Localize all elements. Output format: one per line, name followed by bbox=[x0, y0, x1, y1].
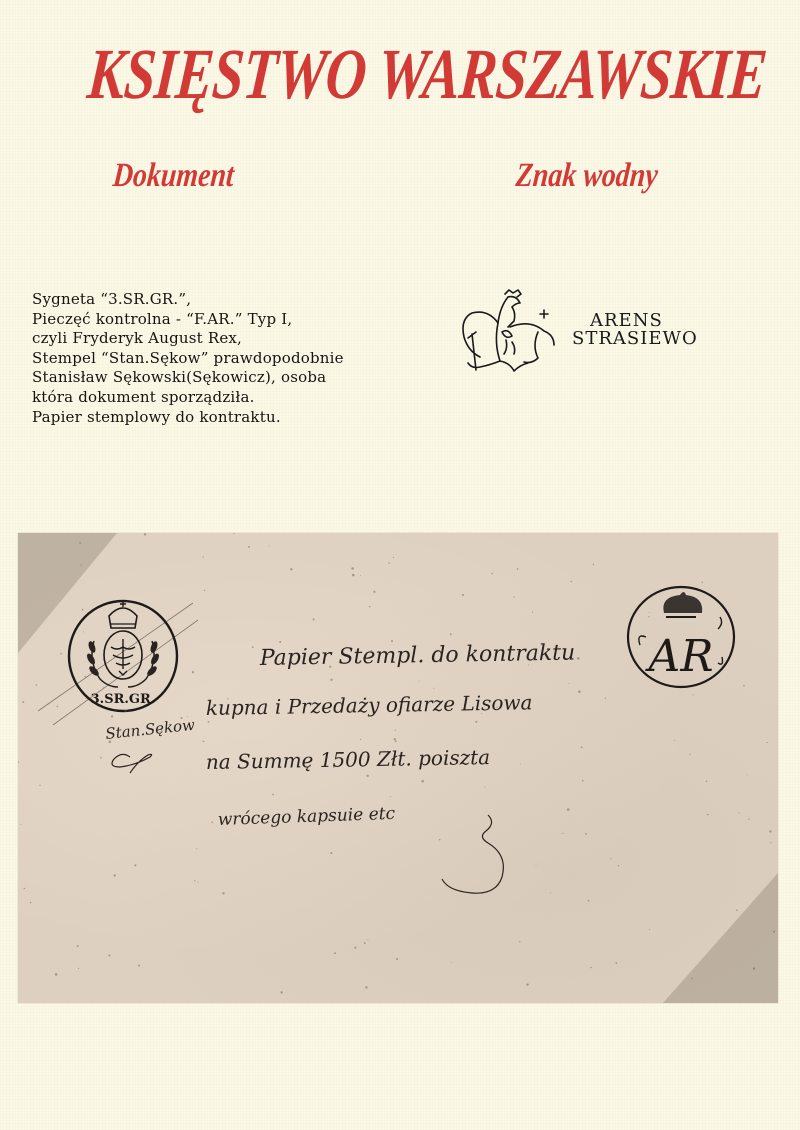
svg-text:Papier Stempl. do kontraktu: Papier Stempl. do kontraktu bbox=[259, 640, 576, 671]
page-title: KSIĘSTWO WARSZAWSKIE bbox=[85, 38, 715, 110]
eagle-icon bbox=[450, 282, 570, 392]
document-image: 3.SR.GR. Stan.Sękow AR Papier Stempl. do… bbox=[18, 533, 778, 1003]
description-text: Sygneta “3.SR.GR.”, Pieczęć kontrolna - … bbox=[32, 290, 344, 427]
description-line: Pieczęć kontrolna - “F.AR.” Typ I, bbox=[32, 310, 344, 330]
svg-text:3.SR.GR.: 3.SR.GR. bbox=[91, 692, 156, 707]
watermark: ARENS STRASIEWO bbox=[450, 282, 750, 392]
description-line: czyli Fryderyk August Rex, bbox=[32, 329, 344, 349]
description-line: Stanisław Sękowski(Sękowicz), osoba bbox=[32, 368, 344, 388]
signature-stamp: Stan.Sękow bbox=[105, 716, 196, 743]
description-line: która dokument sporządziła. bbox=[32, 388, 344, 408]
description-line: Papier stemplowy do kontraktu. bbox=[32, 408, 344, 428]
description-line: Sygneta “3.SR.GR.”, bbox=[32, 290, 344, 310]
watermark-line-2: STRASIEWO bbox=[572, 328, 698, 349]
subtitle-document: Dokument bbox=[111, 156, 235, 196]
crowned-eagle-seal-icon: 3.SR.GR. bbox=[69, 601, 177, 711]
handwritten-text: Papier Stempl. do kontraktu kupna i Prze… bbox=[206, 640, 576, 829]
svg-text:wrócego kapsuie etc: wrócego kapsuie etc bbox=[217, 804, 395, 830]
crowned-monogram-seal-icon: AR bbox=[628, 587, 734, 687]
svg-text:na Summę 1500 Złt. poiszta: na Summę 1500 Złt. poiszta bbox=[206, 745, 491, 774]
document-drawing: 3.SR.GR. Stan.Sękow AR Papier Stempl. do… bbox=[18, 533, 778, 1003]
subtitle-watermark: Znak wodny bbox=[514, 156, 659, 196]
svg-text:AR: AR bbox=[645, 631, 714, 682]
svg-text:kupna i Przedaży ofiarze Lisow: kupna i Przedaży ofiarze Lisowa bbox=[206, 690, 533, 720]
description-line: Stempel “Stan.Sękow” prawdopodobnie bbox=[32, 349, 344, 369]
